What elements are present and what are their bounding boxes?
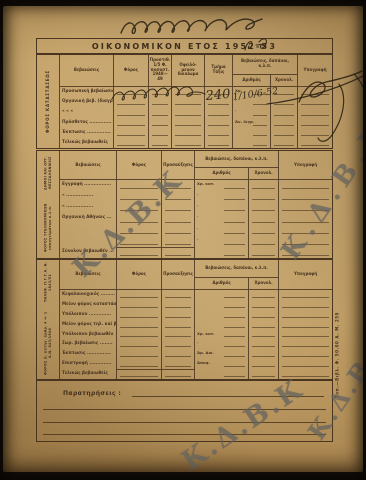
column-header: Βεβαιώσεις <box>60 54 114 86</box>
fill-cell <box>298 107 332 117</box>
section-2: ΦΟΡΟΣ ΥΓΕΙΟΝΟΜΙΚΩΝ επαγγελμάτων κ.λ.π. Δ… <box>36 150 333 259</box>
fill-cell <box>162 339 195 349</box>
fill-cell <box>172 97 205 107</box>
table-row: Προσωπική βεβαίωσις .... Χρ. <box>60 87 332 97</box>
fill-cell <box>172 138 205 148</box>
fill-cell <box>149 107 172 117</box>
fill-cell <box>279 310 332 320</box>
aux-label: · <box>197 226 198 231</box>
top-scribble <box>121 19 262 33</box>
fill-cell <box>114 138 149 148</box>
fill-cell <box>114 87 149 97</box>
row-label: Οργανική Αθήναις ... <box>60 213 117 224</box>
paper-sheet: ΟΙΚΟΝΟΜΙΚΟΝ ΕΤΟΣ 1952-53 ΦΟΡΟΣ ΚΑΤΑΣΤΑΣΕ… <box>3 6 363 472</box>
aux-label: Χρ. <box>235 88 242 93</box>
fill-cell <box>162 191 195 202</box>
fill-cell <box>162 202 195 213</box>
table-row: Τελικώς βεβαιωθείς <box>60 369 332 379</box>
table-row: Εγγραφή ................. Χρ. κατ. <box>60 180 332 191</box>
fill-cell <box>249 369 279 379</box>
column-subheader: Χρονολ. <box>271 75 297 86</box>
fill-cell <box>205 118 233 128</box>
section-1: ΦΟΡΟΣ ΚΑΤΑΣΤΑΣΕΩΣ Βεβαιώσεις Φόρος Προστ… <box>36 53 333 149</box>
fill-cell <box>249 191 279 202</box>
fill-cell <box>279 290 332 300</box>
column-subheader: Χρονολ. <box>249 168 278 179</box>
column-header: Φόρος <box>117 151 162 179</box>
row-label: Τελικώς βεβαιωθείς <box>60 369 117 379</box>
fill-cell <box>195 300 249 310</box>
row-label: « « « <box>60 107 114 117</box>
aux-label: · <box>197 237 198 242</box>
fill-cell <box>249 225 279 236</box>
column-header: Προσαύξησις <box>162 151 195 179</box>
fill-cell <box>279 247 332 258</box>
fill-cell <box>249 290 279 300</box>
table-row: Κεφαλαιουχικός ......... <box>60 290 332 300</box>
aux-label: · <box>197 214 198 219</box>
fill-cell: Άποφ. <box>195 359 249 369</box>
fill-cell <box>249 359 279 369</box>
fill-cell <box>249 202 279 213</box>
column-subheader: Αριθμός <box>195 168 249 179</box>
fill-cell <box>149 87 172 97</box>
table-row: Έκπτωσις ............... Άρ. Δικ. <box>60 349 332 359</box>
fill-cell <box>117 330 162 340</box>
fill-cell <box>271 118 298 128</box>
aux-label: · <box>197 192 198 197</box>
fill-cell <box>117 180 162 191</box>
fill-cell <box>298 138 332 148</box>
remarks-label: Παρατηρήσεις : <box>63 390 121 397</box>
table-row: « ................. · <box>60 202 332 213</box>
section-1-side-label: ΦΟΡΟΣ ΚΑΤΑΣΤΑΣΕΩΣ <box>45 69 51 132</box>
fill-cell <box>249 247 279 258</box>
aux-label: Άρ. Δικ. <box>197 350 214 355</box>
section-2-side-strip: ΦΟΡΟΣ ΥΓΕΙΟΝΟΜΙΚΩΝ επαγγελμάτων κ.λ.π. Δ… <box>37 151 60 258</box>
fill-cell <box>162 213 195 224</box>
fill-cell <box>172 87 205 97</box>
fill-cell <box>162 369 195 379</box>
row-label: Υπόλοιπον βεβαιωθέν <box>60 330 117 340</box>
fill-cell: Χρ. κατ. <box>195 180 249 191</box>
fill-cell <box>114 107 149 117</box>
aux-label: Άποφ. <box>197 360 210 365</box>
fill-cell <box>205 128 233 138</box>
fill-cell: Χρ. κατ. <box>195 330 249 340</box>
fill-cell <box>271 107 298 117</box>
fill-cell <box>172 128 205 138</box>
fill-cell: · <box>233 107 271 117</box>
row-label: Μείον φόρος τηλ. καί βεβ. <box>60 320 117 330</box>
fill-cell <box>271 128 298 138</box>
table-row: Πρόσθετος .............. Άν. διγρ. <box>60 118 332 128</box>
scanned-photo: ΟΙΚΟΝΟΜΙΚΟΝ ΕΤΟΣ 1952-53 ΦΟΡΟΣ ΚΑΤΑΣΤΑΣΕ… <box>0 0 366 480</box>
row-label: Επιστροφή .............. <box>60 359 117 369</box>
column-header: Φόρος <box>117 260 162 289</box>
fill-cell <box>162 247 195 258</box>
fill-cell <box>249 213 279 224</box>
row-label: Έκπτωσις ............... <box>60 128 114 138</box>
row-label: Σύνολον βεβαιωθέν ... <box>60 247 117 258</box>
fill-cell: Άρ. Δικ. <box>195 349 249 359</box>
fill-cell <box>172 118 205 128</box>
column-header: Βεβαιώσεις <box>60 151 117 179</box>
table-row: Σωρ. βεβαίωσις ........ · <box>60 339 332 349</box>
fill-cell: Χρ. <box>233 87 271 97</box>
fill-cell <box>279 180 332 191</box>
fill-cell <box>279 191 332 202</box>
fill-cell <box>149 118 172 128</box>
fill-cell <box>195 247 249 258</box>
fill-cell <box>114 118 149 128</box>
table-row: Επιστροφή .............. Άποφ. <box>60 359 332 369</box>
table-row: « « « · <box>60 107 332 117</box>
table-row: Έκπτωσις ............... <box>60 128 332 138</box>
fill-cell <box>249 320 279 330</box>
printer-note: Τυπ.—Βιβλ. Φ. 50.00 Α. Μ. 259 <box>333 278 341 398</box>
remarks-line <box>132 396 324 397</box>
section-3-side-label-2: ΤΗΛΕΦ. Π.Γ.Τ.Α. Ν. 1843/51 <box>43 260 52 305</box>
column-header: Βεβαιώσεις <box>60 260 117 289</box>
row-label: Σωρ. βεβαίωσις ........ <box>60 339 117 349</box>
column-header: Υπογραφή <box>279 260 332 289</box>
fill-cell <box>279 369 332 379</box>
row-label: Μείον φόρος καταστάσ. <box>60 300 117 310</box>
fill-cell: · <box>195 236 249 247</box>
fill-cell <box>117 349 162 359</box>
fill-cell <box>162 180 195 191</box>
column-header-group: Βεβαιώσεις, δαπάναι, κ.λ.π. Αριθμός Χρον… <box>195 260 279 289</box>
column-header: Βεβαιώσεις, δαπάναι, κ.λ.π. <box>195 151 278 168</box>
table-row: Μείον φόρος καταστάσ. <box>60 300 332 310</box>
section-2-rows: Εγγραφή ................. Χρ. κατ. « ...… <box>60 180 332 258</box>
fill-cell: · <box>195 202 249 213</box>
fill-cell <box>162 349 195 359</box>
section-3-rows: Κεφαλαιουχικός ......... Μείον φόρος κατ… <box>60 290 332 379</box>
fill-cell <box>271 97 298 107</box>
fill-cell <box>249 339 279 349</box>
fill-cell <box>162 330 195 340</box>
fill-cell <box>279 213 332 224</box>
row-label <box>60 236 117 247</box>
aux-label: · <box>197 340 198 345</box>
aux-label: Χρ. κατ. <box>197 331 215 336</box>
column-header: Φόρος <box>114 54 149 86</box>
fill-cell <box>162 300 195 310</box>
fill-cell <box>162 225 195 236</box>
fill-cell <box>172 107 205 117</box>
remarks-box: Παρατηρήσεις : <box>36 380 333 442</box>
fill-cell <box>162 236 195 247</box>
column-header: Βεβαιώσεις, δαπάναι, κ.λ.π. <box>233 54 297 75</box>
remarks-line <box>43 422 326 423</box>
fill-cell <box>149 128 172 138</box>
aux-label: · <box>235 108 236 113</box>
fill-cell <box>205 97 233 107</box>
fill-cell <box>149 138 172 148</box>
section-1-side-strip: ΦΟΡΟΣ ΚΑΤΑΣΤΑΣΕΩΣ <box>37 54 60 148</box>
fill-cell <box>298 118 332 128</box>
column-header-group: Βεβαιώσεις, δαπάναι, κ.λ.π. Αριθμός Χρον… <box>233 54 298 86</box>
fill-cell <box>279 225 332 236</box>
fill-cell <box>298 87 332 97</box>
section-3-side-label-1: ΦΟΡΟΣ Δ. κατηγ. άρθρ. 4 § 1 Α.Ν. 843/194… <box>43 307 52 379</box>
fill-cell: · <box>195 339 249 349</box>
column-header: Τμήμα Τάξις <box>205 54 233 86</box>
section-2-side-label-1: ΦΟΡΟΣ ΥΓΕΙΟΝΟΜΙΚΩΝ επαγγελμάτων κ.λ.π. <box>43 197 52 258</box>
section-3-header: Βεβαιώσεις Φόρος Προσαύξησις Βεβαιώσεις,… <box>60 260 332 290</box>
fill-cell <box>195 290 249 300</box>
fill-cell <box>117 225 162 236</box>
fill-cell <box>279 349 332 359</box>
fill-cell <box>279 359 332 369</box>
fill-cell <box>117 339 162 349</box>
fill-cell <box>195 320 249 330</box>
fill-cell <box>249 180 279 191</box>
column-header-group: Βεβαιώσεις, δαπάναι, κ.λ.π. Αριθμός Χρον… <box>195 151 279 179</box>
column-header: Οφειλό- μενον δικαίωμα <box>172 54 205 86</box>
fill-cell <box>114 97 149 107</box>
table-row: Οργανική Αθήναις ... · <box>60 213 332 224</box>
fill-cell <box>205 107 233 117</box>
fill-cell: · <box>195 213 249 224</box>
table-row: Υπόλοιπον .............. <box>60 310 332 320</box>
aux-label: · <box>197 203 198 208</box>
fill-cell <box>114 128 149 138</box>
table-row: · <box>60 236 332 247</box>
fill-cell <box>162 290 195 300</box>
column-header: Βεβαιώσεις, δαπάναι, κ.λ.π. <box>195 260 278 278</box>
page-title: ΟΙΚΟΝΟΜΙΚΟΝ ΕΤΟΣ 1952-53 <box>92 42 277 51</box>
fill-cell <box>279 300 332 310</box>
row-label: Υπόλοιπον .............. <box>60 310 117 320</box>
row-label: Εγγραφή ................. <box>60 180 117 191</box>
fill-cell <box>249 300 279 310</box>
table-row: · <box>60 225 332 236</box>
table-row: Οργανική βεβ. (διαγραφή) · <box>60 97 332 107</box>
fill-cell <box>271 87 298 97</box>
fill-cell <box>249 330 279 340</box>
row-label: Έκπτωσις ............... <box>60 349 117 359</box>
column-subheader: Αριθμός <box>233 75 271 86</box>
fill-cell: · <box>195 191 249 202</box>
aux-label: · <box>235 98 236 103</box>
fill-cell <box>249 349 279 359</box>
fill-cell: Άν. διγρ. <box>233 118 271 128</box>
column-subheader: Χρονολ. <box>249 278 278 289</box>
fill-cell <box>195 310 249 320</box>
fill-cell <box>279 339 332 349</box>
fill-cell <box>298 128 332 138</box>
fill-cell <box>195 369 249 379</box>
fill-cell <box>117 247 162 258</box>
row-label: « ................. <box>60 202 117 213</box>
aux-label: Χρ. κατ. <box>197 181 215 186</box>
fill-cell <box>117 191 162 202</box>
section-3-side-strip: ΦΟΡΟΣ Δ. κατηγ. άρθρ. 4 § 1 Α.Ν. 843/194… <box>37 260 60 379</box>
column-header: Προστιθ. 1/5 Φ. ποσοστ. 1948—49 <box>149 54 172 86</box>
fill-cell <box>249 236 279 247</box>
fill-cell <box>117 300 162 310</box>
fill-cell <box>162 359 195 369</box>
row-label: Κεφαλαιουχικός ......... <box>60 290 117 300</box>
fill-cell <box>205 87 233 97</box>
column-header: Υπογραφή <box>279 151 332 179</box>
section-3: ΦΟΡΟΣ Δ. κατηγ. άρθρ. 4 § 1 Α.Ν. 843/194… <box>36 259 333 380</box>
fill-cell <box>271 138 298 148</box>
row-label: Τελικώς βεβαιωθείς <box>60 138 114 148</box>
fill-cell <box>117 359 162 369</box>
signature-stroke <box>354 74 363 92</box>
fill-cell <box>117 202 162 213</box>
section-2-side-label-2: ΔΗΜΟΙ ΚΑΙ ΟΡΓ. ΘΕΣΣΑΛΟΝΙΚΗΣ <box>43 151 52 195</box>
row-label: « ................. <box>60 191 117 202</box>
remarks-line <box>43 409 326 410</box>
fill-cell <box>162 320 195 330</box>
fill-cell <box>205 138 233 148</box>
section-1-rows: Προσωπική βεβαίωσις .... Χρ. Οργανική βε… <box>60 87 332 148</box>
fill-cell <box>233 128 271 138</box>
aux-label: Άν. διγρ. <box>235 119 254 124</box>
fill-cell <box>279 330 332 340</box>
fill-cell <box>249 310 279 320</box>
table-row: Μείον φόρος τηλ. καί βεβ. <box>60 320 332 330</box>
fill-cell <box>117 236 162 247</box>
fill-cell <box>117 320 162 330</box>
row-label: Πρόσθετος .............. <box>60 118 114 128</box>
table-row: Σύνολον βεβαιωθέν ... <box>60 247 332 258</box>
remarks-line <box>43 434 326 435</box>
table-row: Τελικώς βεβαιωθείς <box>60 138 332 148</box>
row-label: Προσωπική βεβαίωσις .... <box>60 87 114 97</box>
table-row: « ................. · <box>60 191 332 202</box>
fill-cell <box>162 310 195 320</box>
fill-cell <box>117 310 162 320</box>
fill-cell <box>233 138 271 148</box>
fill-cell: · <box>195 225 249 236</box>
fill-cell <box>279 236 332 247</box>
fill-cell <box>149 97 172 107</box>
fill-cell <box>117 213 162 224</box>
fill-cell: · <box>233 97 271 107</box>
row-label <box>60 225 117 236</box>
column-header: Προσαύξησις <box>162 260 195 289</box>
fill-cell <box>279 202 332 213</box>
fill-cell <box>298 97 332 107</box>
row-label: Οργανική βεβ. (διαγραφή) <box>60 97 114 107</box>
fill-cell <box>117 290 162 300</box>
table-row: Υπόλοιπον βεβαιωθέν Χρ. κατ. <box>60 330 332 340</box>
column-subheader: Αριθμός <box>195 278 249 289</box>
fill-cell <box>117 369 162 379</box>
section-2-header: Βεβαιώσεις Φόρος Προσαύξησις Βεβαιώσεις,… <box>60 151 332 180</box>
column-header: Υπογραφή <box>298 54 332 86</box>
section-1-header: Βεβαιώσεις Φόρος Προστιθ. 1/5 Φ. ποσοστ.… <box>60 54 332 87</box>
fill-cell <box>279 320 332 330</box>
